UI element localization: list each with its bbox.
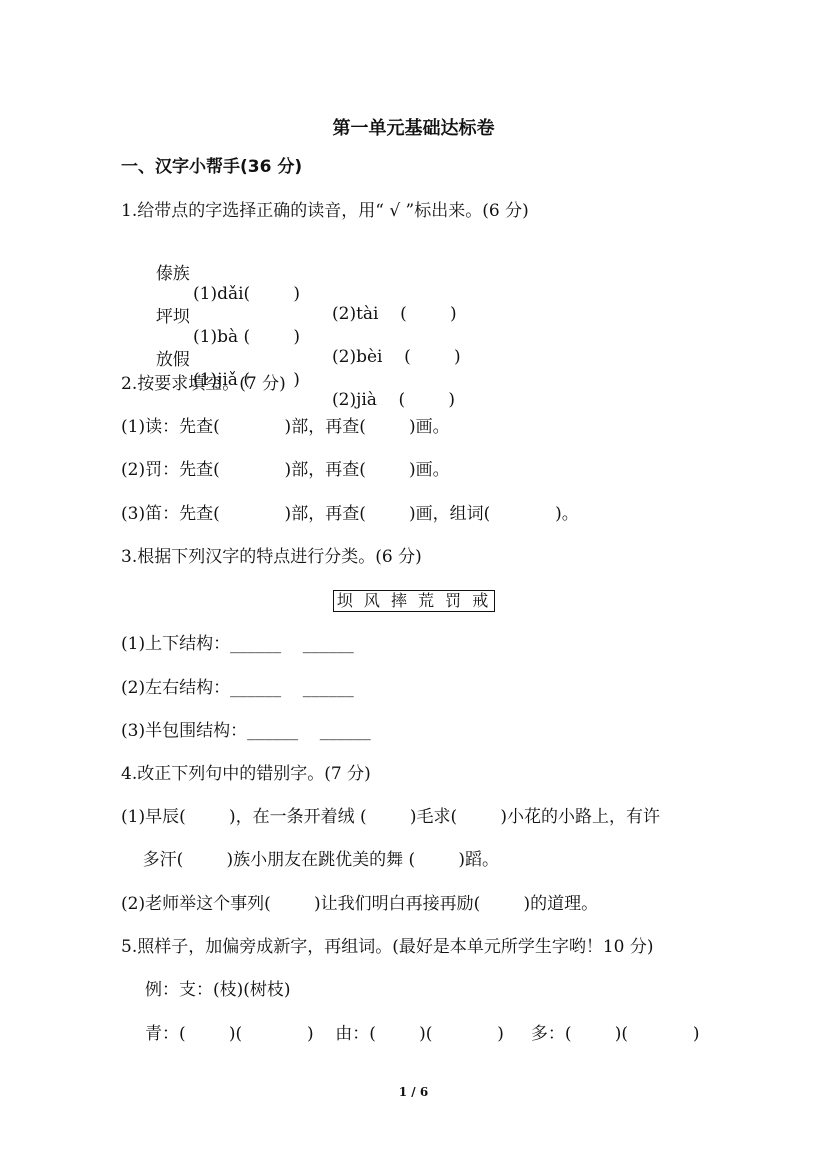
q4-item: (1)早辰( )，在一条开着绒 ( )毛求( )小花的小路上，有许 <box>121 807 660 827</box>
q1-word: 傣族 <box>156 264 190 284</box>
q1-option2: (2)tài ( ) <box>332 304 457 324</box>
q1-option1: (1)dǎi( ) <box>193 284 300 304</box>
q3-item: (2)左右结构：______ ______ <box>121 678 354 698</box>
q3-item: (1)上下结构：______ ______ <box>121 634 354 654</box>
question-1-prompt: 1.给带点的字选择正确的读音，用“ √ ”标出来。(6 分) <box>121 201 529 221</box>
q2-item: (3)笛：先查( )部，再查( )画，组词( )。 <box>121 504 579 524</box>
question-4-prompt: 4.改正下列句中的错别字。(7 分) <box>121 764 371 784</box>
q3-item: (3)半包围结构：______ ______ <box>121 721 371 741</box>
section-heading: 一、汉字小帮手(36 分) <box>121 157 302 177</box>
question-2-prompt: 2.按要求填空。(7 分) <box>121 374 286 394</box>
q5-answers: 青：( )( ) 由：( )( ) 多：( )( ) <box>145 1024 699 1044</box>
q1-row: 放假 (1)jiǎ ( ) (2)jià ( ) <box>145 330 190 410</box>
q4-item: (2)老师举这个事列( )让我们明白再接再励( )的道理。 <box>121 894 598 914</box>
q1-word: 放假 <box>156 350 190 370</box>
question-3-prompt: 3.根据下列汉字的特点进行分类。(6 分) <box>121 547 422 567</box>
q1-option2: (2)jià ( ) <box>332 390 455 410</box>
page-title: 第一单元基础达标卷 <box>0 114 827 140</box>
question-5-prompt: 5.照样子，加偏旁成新字，再组词。(最好是本单元所学生字哟！10 分) <box>121 937 654 957</box>
q2-item: (2)罚：先查( )部，再查( )画。 <box>121 460 450 480</box>
q2-item: (1)读：先查( )部，再查( )画。 <box>121 417 450 437</box>
character-box: 坝 风 摔 荒 罚 戒 <box>333 590 495 612</box>
q1-option2: (2)bèi ( ) <box>332 347 461 367</box>
q1-word: 坪坝 <box>156 307 190 327</box>
q5-example: 例：支：(枝)(树枝) <box>145 980 291 1000</box>
q4-item: 多汗( )族小朋友在跳优美的舞 ( )蹈。 <box>121 850 499 870</box>
page-number: 1 / 6 <box>0 1085 827 1099</box>
q1-option1: (1)bà ( ) <box>193 327 300 347</box>
